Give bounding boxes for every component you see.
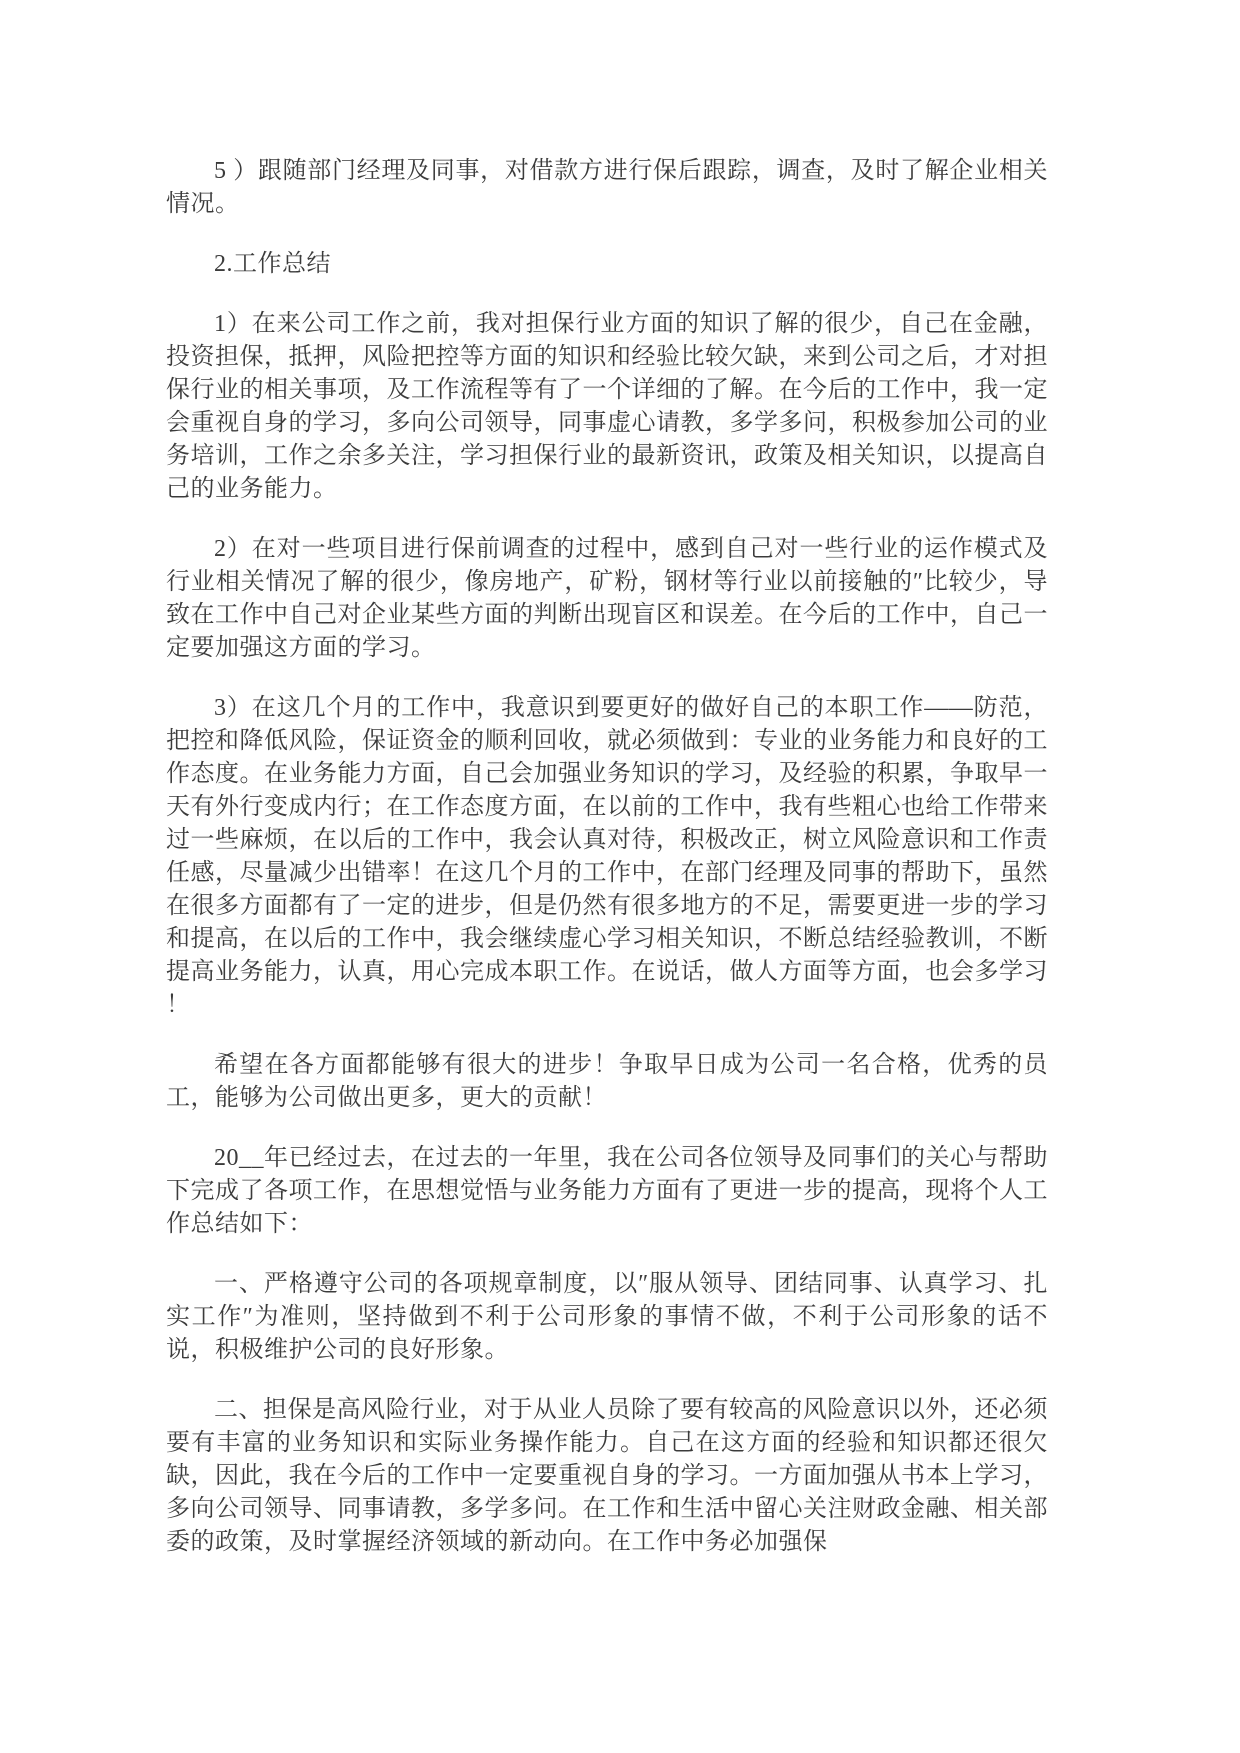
paragraph-hope-statement: 希望在各方面都能够有很大的进步！争取早日成为公司一名合格，优秀的员工，能够为公司… bbox=[166, 1049, 1048, 1115]
paragraph-summary-point-3: 3）在这几个月的工作中，我意识到要更好的做好自己的本职工作——防范，把控和降低风… bbox=[166, 692, 1048, 1022]
paragraph-summary-point-1: 1）在来公司工作之前，我对担保行业方面的知识了解的很少，自己在金融，投资担保，抵… bbox=[166, 308, 1048, 506]
paragraph-item-two-risk: 二、担保是高风险行业，对于从业人员除了要有较高的风险意识以外，还必须要有丰富的业… bbox=[166, 1394, 1048, 1559]
document-page: 5 ）跟随部门经理及同事，对借款方进行保后跟踪，调查，及时了解企业相关情况。 2… bbox=[0, 0, 1240, 1753]
paragraph-summary-point-2: 2）在对一些项目进行保前调查的过程中，感到自己对一些行业的运作模式及行业相关情况… bbox=[166, 533, 1048, 665]
paragraph-item-one-rules: 一、严格遵守公司的各项规章制度，以″服从领导、团结同事、认真学习、扎实工作″为准… bbox=[166, 1268, 1048, 1367]
document-body: 5 ）跟随部门经理及同事，对借款方进行保后跟踪，调查，及时了解企业相关情况。 2… bbox=[166, 155, 1048, 1559]
list-item-post-loan-tracking: 5 ）跟随部门经理及同事，对借款方进行保后跟踪，调查，及时了解企业相关情况。 bbox=[166, 155, 1048, 221]
section-heading-work-summary: 2.工作总结 bbox=[166, 248, 1048, 281]
paragraph-year-intro: 20__年已经过去，在过去的一年里，我在公司各位领导及同事们的关心与帮助下完成了… bbox=[166, 1142, 1048, 1241]
